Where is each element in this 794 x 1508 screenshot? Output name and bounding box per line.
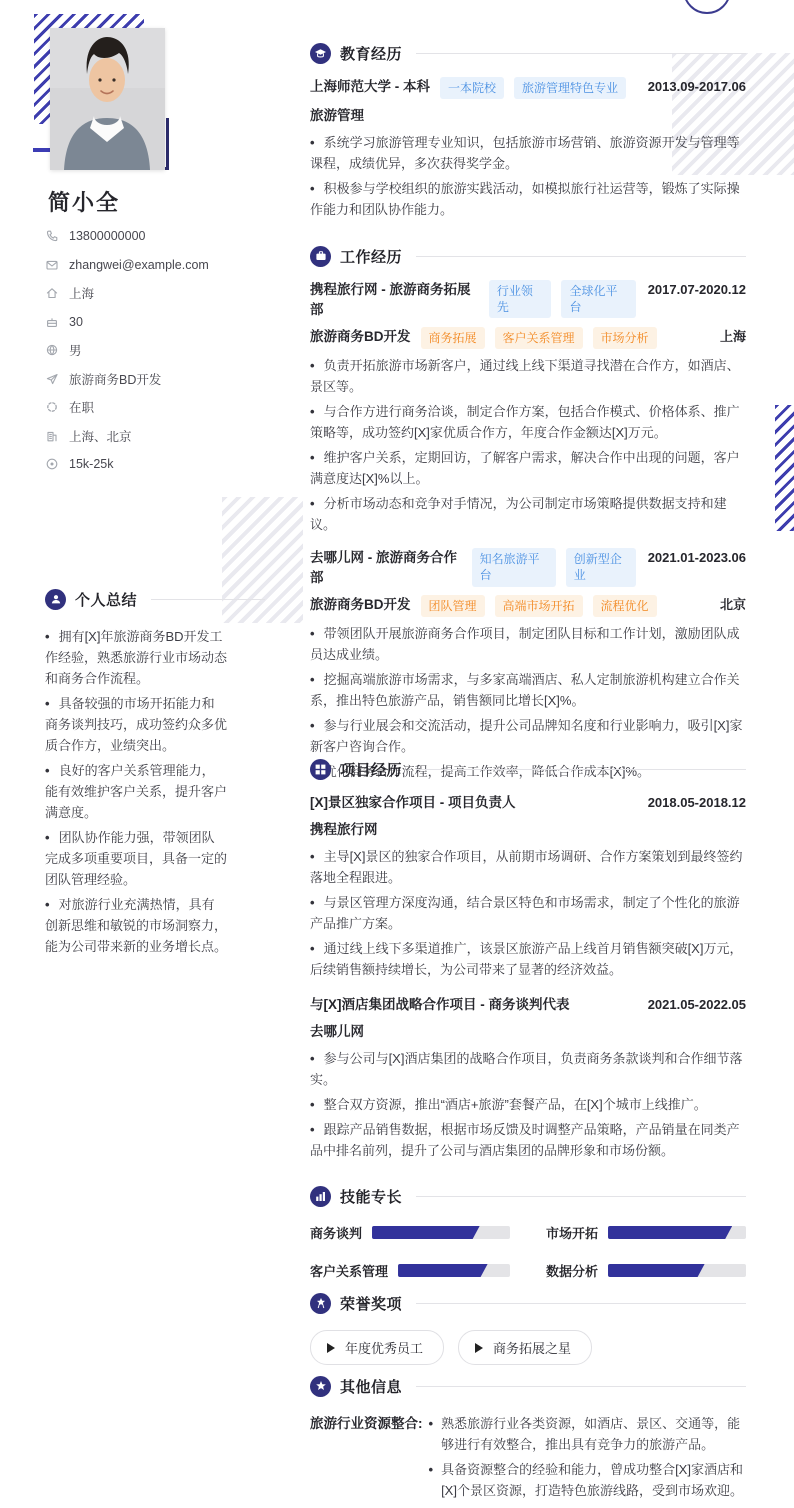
skill-bar-track (608, 1226, 746, 1239)
resume-page: { "colors": { "primary": "#31317E", "dec… (0, 0, 794, 1508)
skill-bar-track (372, 1226, 510, 1239)
profile-photo (50, 28, 165, 170)
other-info-row: 旅游行业资源整合: 熟悉旅游行业各类资源，如酒店、景区、交通等，能够进行有效整合… (310, 1413, 746, 1505)
company-tag: 行业领先 (489, 280, 552, 318)
skill-label: 商务谈判 (310, 1223, 362, 1242)
salary-icon (45, 457, 59, 471)
role-name: 旅游商务BD开发 (310, 327, 411, 347)
award-badge[interactable]: 年度优秀员工 (310, 1330, 444, 1365)
contact-item: 30 (45, 314, 275, 330)
education-date: 2013.09-2017.06 (648, 77, 746, 97)
project-name: 与[X]酒店集团战略合作项目 - 商务谈判代表 (310, 995, 570, 1015)
gender-icon (45, 343, 59, 357)
summary-bullet: 团队协作能力强，带领团队完成多项重要项目，具备一定的团队管理经验。 (45, 827, 227, 890)
summary-bullet: 对旅游行业充满热情，具有创新思维和敏锐的市场洞察力，能为公司带来新的业务增长点。 (45, 894, 227, 957)
location-icon (45, 286, 59, 300)
contact-item: 上海 (45, 285, 275, 301)
section-projects: 项目经历 [X]景区独家合作项目 - 项目负责人 2018.05-2018.12… (310, 758, 746, 1176)
award-label: 年度优秀员工 (345, 1338, 423, 1357)
section-other-info: 其他信息 旅游行业资源整合: 熟悉旅游行业各类资源，如酒店、景区、交通等，能够进… (310, 1375, 746, 1505)
project-entry: [X]景区独家合作项目 - 项目负责人 2018.05-2018.12 携程旅行… (310, 793, 746, 980)
job-bullet: 挖掘高端旅游市场需求，与多家高端酒店、私人定制旅游机构建立合作关系，推出特色旅游… (310, 669, 746, 711)
contact-value: 男 (69, 341, 82, 359)
project-date: 2021.05-2022.05 (648, 995, 746, 1015)
section-title: 项目经历 (340, 759, 402, 780)
contact-value: zhangwei@example.com (69, 258, 209, 272)
role-tag: 流程优化 (593, 595, 657, 617)
summary-bullets: 拥有[X]年旅游商务BD开发工作经验，熟悉旅游行业市场动态和商务合作流程。 具备… (45, 626, 227, 957)
company-tag: 创新型企业 (566, 548, 636, 586)
company-tag: 知名旅游平台 (472, 548, 556, 586)
project-bullet: 跟踪产品销售数据，根据市场反馈及时调整产品策略，产品销量在同类产品中排名前列，提… (310, 1119, 746, 1161)
section-header: 个人总结 (45, 588, 265, 610)
summary-bullet: 具备较强的市场开拓能力和商务谈判技巧，成功签约众多优质合作方，业绩突出。 (45, 693, 227, 756)
phone-icon (45, 229, 59, 243)
job-location: 上海 (720, 327, 746, 347)
section-header: 工作经历 (310, 245, 746, 267)
education-bullet: 系统学习旅游管理专业知识，包括旅游市场营销、旅游资源开发与管理等课程，成绩优异，… (310, 132, 746, 174)
skill-bar-track (398, 1264, 510, 1277)
person-icon (45, 589, 66, 610)
contact-value: 在职 (69, 398, 94, 416)
role-tag: 商务拓展 (421, 327, 485, 349)
position-icon (45, 372, 59, 386)
play-icon (475, 1343, 483, 1353)
section-divider (151, 599, 265, 600)
job-bullet: 维护客户关系，定期回访，了解客户需求，解决合作中出现的问题，客户满意度达[X]%… (310, 447, 746, 489)
grid-icon (310, 759, 331, 780)
section-divider (416, 1196, 746, 1197)
role-tag: 客户关系管理 (495, 327, 583, 349)
contact-item: 15k-25k (45, 456, 275, 472)
contact-value: 上海 (69, 284, 94, 302)
award-label: 商务拓展之星 (493, 1338, 571, 1357)
section-title: 技能专长 (340, 1186, 402, 1207)
project-bullet: 通过线上线下多渠道推广，该景区旅游产品上线首月销售额突破[X]万元，后续销售额持… (310, 938, 746, 980)
skill-item: 客户关系管理 (310, 1261, 510, 1280)
skill-item: 数据分析 (546, 1261, 746, 1280)
email-icon (45, 258, 59, 272)
contact-item: 在职 (45, 399, 275, 415)
candidate-name: 简小全 (48, 186, 120, 217)
education-bullet: 积极参与学校组织的旅游实践活动，如模拟旅行社运营等，锻炼了实际操作能力和团队协作… (310, 178, 746, 220)
section-skills: 技能专长 商务谈判 市场开拓 客户关系管理 数据分析 (310, 1185, 746, 1280)
education-tag: 旅游管理特色专业 (514, 77, 626, 99)
skill-item: 市场开拓 (546, 1223, 746, 1242)
skill-item: 商务谈判 (310, 1223, 510, 1242)
award-badge[interactable]: 商务拓展之星 (458, 1330, 592, 1365)
main-content: 教育经历 上海师范大学 - 本科 一本院校 旅游管理特色专业 2013.09-2… (310, 0, 746, 1508)
contact-list: 13800000000 zhangwei@example.com 上海 30 男… (45, 228, 275, 485)
age-icon (45, 315, 59, 329)
job-bullet: 带领团队开展旅游商务合作项目，制定团队目标和工作计划，激励团队成员达成业绩。 (310, 623, 746, 665)
project-bullet: 参与公司与[X]酒店集团的战略合作项目，负责商务条款谈判和合作细节落实。 (310, 1048, 746, 1090)
section-title: 个人总结 (75, 589, 137, 610)
project-company: 去哪儿网 (310, 1022, 746, 1042)
contact-item: 上海、北京 (45, 428, 275, 444)
skill-label: 数据分析 (546, 1261, 598, 1280)
skill-bar-fill (608, 1264, 705, 1277)
skill-bar-fill (372, 1226, 480, 1239)
sidebar: 简小全 13800000000 zhangwei@example.com 上海 … (33, 0, 291, 1508)
section-work-experience: 工作经历 携程旅行网 - 旅游商务拓展部 行业领先 全球化平台 2017.07-… (310, 245, 746, 795)
section-awards: 荣誉奖项 年度优秀员工 商务拓展之星 (310, 1292, 746, 1365)
section-header: 项目经历 (310, 758, 746, 780)
skills-grid: 商务谈判 市场开拓 客户关系管理 数据分析 (310, 1223, 746, 1280)
skill-bar-fill (398, 1264, 488, 1277)
project-bullet: 与景区管理方深度沟通，结合景区特色和市场需求，制定了个性化的旅游产品推广方案。 (310, 892, 746, 934)
contact-value: 上海、北京 (69, 427, 132, 445)
school-name: 上海师范大学 - 本科 (310, 77, 430, 97)
summary-bullet: 拥有[X]年旅游商务BD开发工作经验，熟悉旅游行业市场动态和商务合作流程。 (45, 626, 227, 689)
project-entry: 与[X]酒店集团战略合作项目 - 商务谈判代表 2021.05-2022.05 … (310, 995, 746, 1161)
section-education: 教育经历 上海师范大学 - 本科 一本院校 旅游管理特色专业 2013.09-2… (310, 42, 746, 224)
job-date: 2021.01-2023.06 (648, 548, 746, 568)
skill-label: 客户关系管理 (310, 1261, 388, 1280)
section-title: 荣誉奖项 (340, 1293, 402, 1314)
job-date: 2017.07-2020.12 (648, 280, 746, 300)
hatch-decoration-blue (775, 405, 794, 531)
education-entry-header: 上海师范大学 - 本科 一本院校 旅游管理特色专业 2013.09-2017.0… (310, 77, 746, 99)
section-title: 教育经历 (340, 43, 402, 64)
section-title: 其他信息 (340, 1376, 402, 1397)
role-tag: 高端市场开拓 (495, 595, 583, 617)
company-tag: 全球化平台 (561, 280, 635, 318)
summary-bullet: 良好的客户关系管理能力，能有效维护客户关系，提升客户满意度。 (45, 760, 227, 823)
portrait-illustration (50, 28, 165, 170)
star-icon (310, 1376, 331, 1397)
briefcase-icon (310, 246, 331, 267)
contact-item: 旅游商务BD开发 (45, 371, 275, 387)
other-bullet: 具备资源整合的经验和能力，曾成功整合[X]家酒店和[X]个景区资源，打造特色旅游… (429, 1459, 747, 1501)
section-header: 荣誉奖项 (310, 1292, 746, 1314)
major-name: 旅游管理 (310, 106, 746, 126)
contact-value: 旅游商务BD开发 (69, 370, 161, 388)
company-name: 去哪儿网 - 旅游商务合作部 (310, 548, 462, 588)
section-header: 教育经历 (310, 42, 746, 64)
job-bullet: 负责开拓旅游市场新客户，通过线上线下渠道寻找潜在合作方，如酒店、景区等。 (310, 355, 746, 397)
section-header: 其他信息 (310, 1375, 746, 1397)
graduation-cap-icon (310, 43, 331, 64)
job-location: 北京 (720, 595, 746, 615)
project-bullet: 整合双方资源，推出“酒店+旅游”套餐产品，在[X]个城市上线推广。 (310, 1094, 746, 1115)
contact-value: 30 (69, 315, 83, 329)
status-icon (45, 400, 59, 414)
project-company: 携程旅行网 (310, 820, 746, 840)
job-entry: 去哪儿网 - 旅游商务合作部 知名旅游平台 创新型企业 2021.01-2023… (310, 548, 746, 782)
medal-icon (310, 1293, 331, 1314)
contact-value: 13800000000 (69, 229, 145, 243)
project-bullet: 主导[X]景区的独家合作项目，从前期市场调研、合作方案策划到最终签约落地全程跟进… (310, 846, 746, 888)
cities-icon (45, 429, 59, 443)
section-header: 技能专长 (310, 1185, 746, 1207)
job-bullet: 与合作方进行商务洽谈，制定合作方案，包括合作模式、价格体系、推广策略等，成功签约… (310, 401, 746, 443)
play-icon (327, 1343, 335, 1353)
section-divider (416, 1386, 746, 1387)
job-bullet: 分析市场动态和竞争对手情况，为公司制定市场策略提供数据支持和建议。 (310, 493, 746, 535)
section-divider (416, 769, 746, 770)
project-name: [X]景区独家合作项目 - 项目负责人 (310, 793, 516, 813)
bar-chart-icon (310, 1186, 331, 1207)
project-date: 2018.05-2018.12 (648, 793, 746, 813)
skill-bar-fill (608, 1226, 732, 1239)
contact-item: 13800000000 (45, 228, 275, 244)
company-name: 携程旅行网 - 旅游商务拓展部 (310, 280, 479, 320)
other-bullet: 熟悉旅游行业各类资源，如酒店、景区、交通等，能够进行有效整合，推出具有竞争力的旅… (429, 1413, 747, 1455)
other-info-label: 旅游行业资源整合: (310, 1413, 423, 1505)
contact-item: 男 (45, 342, 275, 358)
section-divider (416, 1303, 746, 1304)
section-personal-summary: 个人总结 拥有[X]年旅游商务BD开发工作经验，熟悉旅游行业市场动态和商务合作流… (45, 588, 278, 961)
job-bullet: 参与行业展会和交流活动，提升公司品牌知名度和行业影响力，吸引[X]家新客户咨询合… (310, 715, 746, 757)
role-name: 旅游商务BD开发 (310, 595, 411, 615)
contact-item: zhangwei@example.com (45, 257, 275, 273)
skill-bar-track (608, 1264, 746, 1277)
awards-list: 年度优秀员工 商务拓展之星 (310, 1330, 746, 1365)
section-divider (416, 53, 746, 54)
section-title: 工作经历 (340, 246, 402, 267)
skill-label: 市场开拓 (546, 1223, 598, 1242)
role-tag: 团队管理 (421, 595, 485, 617)
job-entry: 携程旅行网 - 旅游商务拓展部 行业领先 全球化平台 2017.07-2020.… (310, 280, 746, 535)
role-tag: 市场分析 (593, 327, 657, 349)
contact-value: 15k-25k (69, 457, 113, 471)
section-divider (416, 256, 746, 257)
education-tag: 一本院校 (440, 77, 504, 99)
